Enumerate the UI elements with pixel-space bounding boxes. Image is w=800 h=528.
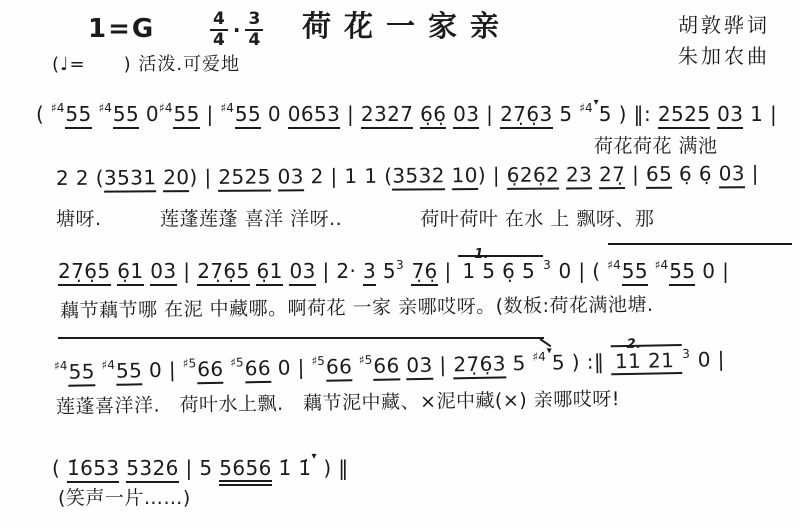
note-group-u: 20 (163, 165, 189, 192)
notation-line-5: ( 1̇653 5326 | 5 5656 1̇ 1̇▾ ) ‖ (52, 442, 349, 483)
note-group: | (340, 102, 361, 126)
note-group-u: 6̣1 (256, 259, 282, 286)
note-group: 5 ) ‖: (599, 102, 658, 126)
note-group: ) | (189, 165, 218, 189)
note-group-u: 66 (197, 357, 224, 384)
note-group-u: 03 (150, 259, 176, 286)
note-group-volta: 11 21 (611, 344, 683, 375)
note-group: | 5 (179, 456, 220, 480)
note-group-u: 27̣6̣5 (197, 259, 250, 286)
time-signature-dot: · (233, 18, 241, 42)
note-group-u: 55 (65, 102, 91, 129)
note-group-u: 6̣26̣2 (507, 162, 560, 189)
note-group: ) | (478, 163, 507, 187)
note-group-u: 55 (68, 359, 95, 386)
note-group-g: ♯4 (220, 101, 233, 115)
note-group: 1 | (743, 102, 777, 126)
note-group: ( (36, 102, 51, 126)
tempo-marking: (♩= ) 活泼.可爱地 (52, 50, 240, 76)
note-group (648, 259, 655, 283)
note-group-u: 55 (235, 102, 261, 129)
note-group-u: 03 (278, 164, 304, 191)
sheet-music-page: 1=G 4 4 · 3 4 荷花一家亲 胡敦骅词 朱加农曲 (♩= ) 活泼.可… (0, 0, 800, 528)
note-group-u: 3532 (392, 163, 445, 190)
note-group-u: 3531 (104, 165, 157, 192)
note-group-g: ♯4 (98, 101, 111, 115)
note-group-u: 27̣6̣3 (453, 351, 506, 379)
time-signature-numerator: 4 (210, 10, 228, 31)
note-group-u: 55 (116, 358, 143, 385)
note-group: 6̣ 6̣ (672, 161, 719, 185)
lyricist-credit: 胡敦骅词 (678, 10, 770, 41)
note-group-u: 55 (622, 259, 648, 286)
time-signature-first: 4 4 (210, 10, 228, 49)
note-group-g: ♯4 (655, 258, 668, 272)
note-group-g: ♯5 (359, 353, 373, 367)
note-group: | (625, 162, 646, 186)
note-group: | (479, 102, 500, 126)
note-group: 0 (261, 102, 288, 126)
note-group-g: ♯5 (230, 355, 244, 369)
note-group-u: 6̣1 (117, 259, 143, 286)
note-group-g: ♯4 (159, 101, 172, 115)
song-title: 荷花一家亲 (302, 4, 512, 45)
note-group-u: 03 (719, 161, 745, 188)
lyrics-line-4: 莲蓬喜洋洋. 荷叶水上飘. 藕节泥中藏、×泥中藏(×) 亲哪哎呀! (56, 384, 620, 419)
notation-line-4: ♯455 ♯455 0 | ♯566 ♯566 0 | ♯566 ♯566 03… (54, 333, 725, 387)
note-group-u: 2327 (361, 102, 414, 129)
notation-line-2: 2 2 (3531 20) | 2525 03 2 | 1 1 (3532 10… (56, 158, 759, 193)
note-group-u: 66 (373, 353, 400, 380)
note-group-g: ♯4 (579, 101, 592, 115)
note-group-u: 27̣6̣3 (500, 102, 553, 129)
lyrics-line-1: 荷花荷花 满池 (594, 131, 718, 158)
note-group: ) ‖ (317, 456, 349, 480)
note-group: 0 | (691, 347, 725, 372)
note-group-u: 6̣6̣ (420, 102, 446, 129)
note-group: ( (52, 456, 67, 480)
note-group-g: 3 (396, 258, 404, 272)
note-group-u: 55 (669, 259, 695, 286)
note-group: 5 (506, 351, 533, 376)
note-group: 0 | (695, 259, 729, 283)
credits: 胡敦骅词 朱加农曲 (678, 10, 770, 72)
note-group: 0 (139, 102, 159, 126)
note-group-u: 2525 (218, 165, 271, 192)
note-group-u: 0653 (288, 102, 341, 129)
note-group-u: 5326 (126, 456, 179, 483)
note-group: 2 2 ( (56, 166, 104, 190)
note-group-u: 03 (289, 259, 315, 286)
note-group-u: 66 (326, 354, 353, 381)
time-signature-numerator: 3 (245, 10, 263, 31)
note-group-u: 2525 (658, 102, 711, 129)
note-group-u: 55 (173, 102, 199, 129)
note-group: 0 | (271, 355, 312, 380)
note-group (445, 163, 452, 187)
note-group-g: ♯4 (101, 358, 115, 372)
note-group-u: 66 (244, 356, 271, 383)
note-group: 5 (553, 102, 580, 126)
lyrics-line-2: 塘呀. 莲蓬莲蓬 喜洋 洋呀.. 荷叶荷叶 在水 上 飘呀、那 (56, 204, 654, 231)
note-group: | (438, 259, 459, 283)
time-signature: 4 4 · 3 4 (210, 10, 263, 49)
note-group: 5 ) :‖ (552, 349, 612, 374)
note-group: 0 | ( (552, 259, 608, 283)
note-group-volta: 1 5 6̣ 5 (458, 255, 543, 283)
note-group (271, 164, 278, 188)
time-signature-denominator: 4 (210, 31, 228, 50)
note-group-u: 27̣6̣5 (58, 259, 111, 286)
notation-line-1: ( ♯455 ♯455 0♯455 | ♯455 0 0653 | 2327 6… (36, 88, 777, 129)
spoken-section-phrase-line-start (608, 243, 792, 245)
performance-note: (笑声一片……) (58, 483, 191, 510)
note-group-u: 1̇653 (67, 456, 120, 483)
note-group-u: 23 (566, 162, 592, 189)
note-group: | (177, 259, 198, 283)
note-group-u: 7̣6̣ (411, 259, 437, 286)
note-group: | (200, 102, 221, 126)
time-signature-denominator: 4 (245, 31, 263, 50)
note-group: | 2· (316, 259, 363, 283)
note-group-u: 27̣ (599, 162, 625, 189)
notation-line-3: 27̣6̣5 6̣1 03 | 27̣6̣5 6̣1 03 | 2· 3 53 … (58, 250, 729, 286)
note-group: 0 | (142, 358, 183, 383)
note-group-g: ♯5 (311, 354, 325, 368)
note-group: 2 | 1 1 ( (304, 164, 393, 189)
note-group-u: 03 (406, 353, 433, 380)
note-group: | (745, 161, 759, 185)
note-group-g: ♯4 (54, 359, 68, 373)
note-group-g: 3 (682, 347, 690, 361)
note-group: 1̇ 1̇ (272, 456, 312, 480)
note-group-g: 3 (543, 258, 551, 272)
note-group: | (432, 352, 453, 376)
composer-credit: 朱加农曲 (678, 41, 770, 72)
note-group-u: 65 (646, 162, 672, 189)
note-group: 5 (376, 259, 396, 283)
lyrics-line-3: 藕节藕节哪 在泥 中藏哪。啊荷花 一家 亲哪哎呀。(数板:荷花满池塘. (60, 290, 654, 323)
note-group-g: ♯4 (607, 258, 620, 272)
note-group-u: 10 (452, 163, 478, 190)
time-signature-second: 3 4 (245, 10, 263, 49)
note-group-uu: 5656 (219, 456, 272, 486)
note-group-u: 3 (363, 259, 376, 286)
note-group-u: 55 (113, 102, 139, 129)
note-group-g: ♯4 (532, 350, 546, 364)
key-signature: 1=G (88, 14, 155, 44)
note-group-u: 03 (453, 102, 479, 129)
note-group-g: ♯5 (183, 356, 197, 370)
note-group-u: 03 (717, 102, 743, 129)
note-group-g: ♯4 (51, 101, 64, 115)
